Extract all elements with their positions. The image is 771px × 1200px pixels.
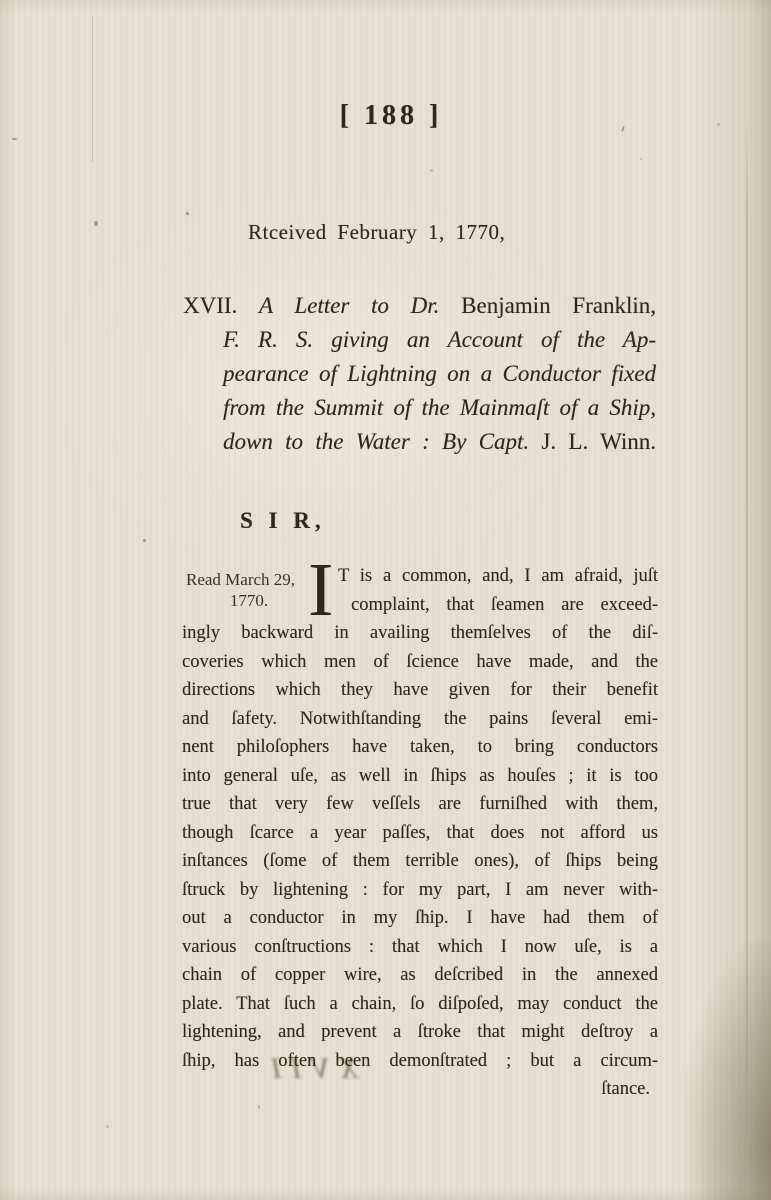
title-segment: XVII. — [183, 293, 259, 318]
paper-crease — [92, 16, 93, 162]
margin-note: Read March 29, 1770. — [186, 569, 312, 611]
body-line: though ſcarce a year paſſes, that does n… — [182, 819, 658, 848]
title-line: F. R. S. giving an Account of the Ap- — [223, 323, 656, 357]
paper-fleck — [143, 539, 146, 542]
margin-note-line: Read March 29, — [186, 569, 312, 590]
title-segment: J. L. Winn. — [541, 429, 656, 454]
received-date-line: Rtceived February 1, 1770, — [248, 220, 505, 245]
paper-fleck — [106, 1125, 109, 1128]
paper-fleck — [258, 1105, 260, 1109]
body-line: ſtruck by lightening : for my part, I am… — [182, 876, 658, 905]
page-number-folio: [ 188 ] — [10, 100, 771, 132]
title-segment: from the Summit of the Mainmaſt of a Shi… — [223, 395, 656, 420]
paper-fleck — [94, 221, 98, 226]
body-paragraph: Read March 29, 1770. I T is a common, an… — [182, 562, 658, 1104]
body-line: coveries which men of ſcience have made,… — [182, 648, 658, 677]
article-title: XVII. A Letter to Dr. Benjamin Franklin,… — [183, 289, 656, 459]
title-segment: down to the Water : By Capt. — [223, 429, 541, 454]
paper-fleck — [186, 212, 189, 215]
catchword: ſtance. — [182, 1075, 658, 1104]
body-line: various conſtructions : that which I now… — [182, 933, 658, 962]
title-line: down to the Water : By Capt. J. L. Winn. — [223, 425, 656, 459]
body-line: and ſafety. Notwithſtanding the pains ſe… — [182, 705, 658, 734]
title-segment: pearance of Lightning on a Conductor fix… — [223, 361, 656, 386]
body-line: plate. That ſuch a chain, ſo diſpoſed, m… — [182, 990, 658, 1019]
title-line: from the Summit of the Mainmaſt of a Shi… — [223, 391, 656, 425]
drop-cap-initial: I — [308, 559, 333, 621]
title-line: pearance of Lightning on a Conductor fix… — [223, 357, 656, 391]
body-line: ſhip, has often been demonſtrated ; but … — [182, 1047, 658, 1076]
corner-shadow — [685, 940, 771, 1200]
body-line: lightening, and prevent a ſtroke that mi… — [182, 1018, 658, 1047]
paper-fleck — [640, 158, 642, 160]
document-page: XVII [ 188 ] Rtceived February 1, 1770, … — [0, 0, 771, 1200]
title-line: XVII. A Letter to Dr. Benjamin Franklin, — [183, 289, 656, 323]
title-segment: F. R. S. giving an Account of the Ap- — [223, 327, 656, 352]
body-line: chain of copper wire, as deſcribed in th… — [182, 961, 658, 990]
body-line: into general uſe, as well in ſhips as ho… — [182, 762, 658, 791]
margin-note-line: 1770. — [186, 590, 312, 611]
body-line: directions which they have given for the… — [182, 676, 658, 705]
body-line: ingly backward in availing themſelves of… — [182, 619, 658, 648]
body-line: inſtances (ſome of them terrible ones), … — [182, 847, 658, 876]
title-segment: A Letter to Dr. — [259, 293, 461, 318]
salutation: S I R, — [240, 508, 326, 534]
body-line: out a conductor in my ſhip. I have had t… — [182, 904, 658, 933]
body-line: true that very few veſſels are furniſhed… — [182, 790, 658, 819]
paper-fleck — [430, 169, 433, 172]
body-line: nent philoſophers have taken, to bring c… — [182, 733, 658, 762]
title-segment: Benjamin Franklin, — [461, 293, 656, 318]
paper-fleck — [12, 138, 17, 140]
